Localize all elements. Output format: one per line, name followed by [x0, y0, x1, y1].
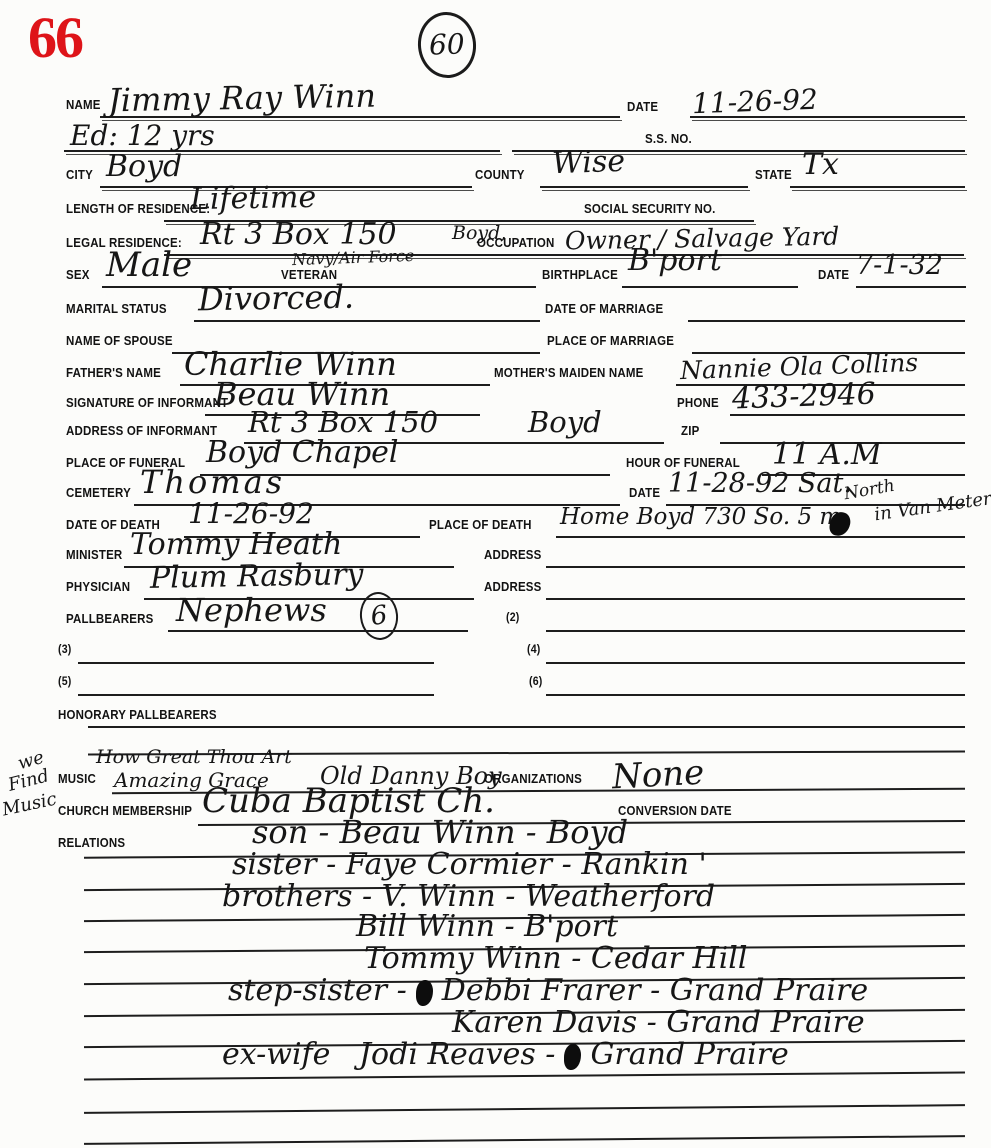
pallbearers-value: Nephews	[176, 594, 327, 626]
birthplace-label: BIRTHPLACE	[542, 268, 618, 282]
sex-value: Male	[106, 248, 192, 282]
address-of-informant-value: Rt 3 Box 150	[248, 408, 438, 437]
burial-date-value: 11-28-92 Sat.	[668, 470, 852, 497]
name-label: NAME	[66, 98, 101, 112]
ink-scribble	[564, 1044, 581, 1070]
relation-line: son - Beau Winn - Boyd	[252, 816, 628, 848]
marital-status-value: Divorced.	[198, 281, 355, 316]
relation-line: step-sister - Debbi Frarer - Grand Prair…	[228, 976, 868, 1006]
birthplace-value: B'port	[628, 246, 722, 276]
margin-note-line-3: Music	[1, 790, 59, 819]
rule-line	[194, 320, 540, 322]
address-of-informant-label: ADDRESS OF INFORMANT	[66, 424, 217, 438]
county-label: COUNTY	[475, 168, 525, 182]
pallbearers-label: PALLBEARERS	[66, 612, 153, 626]
rule-line	[88, 726, 965, 728]
rule-line	[546, 630, 965, 632]
rule-line	[546, 662, 965, 664]
pallbearer-slot-2-label: (2)	[506, 612, 519, 624]
place-of-death-label: PLACE OF DEATH	[429, 518, 532, 532]
date-value: 11-26-92	[692, 86, 819, 118]
cemetery-label: CEMETERY	[66, 486, 131, 500]
hour-of-funeral-value: 11 A.M	[772, 440, 882, 470]
rule-line	[790, 186, 965, 188]
length-of-residence-value: Lifetime	[190, 183, 317, 215]
name-value: Jimmy Ray Winn	[108, 80, 376, 117]
mothers-maiden-name-label: MOTHER'S MAIDEN NAME	[494, 366, 644, 380]
city-label: CITY	[66, 168, 93, 182]
conversion-date-label: CONVERSION DATE	[618, 804, 732, 818]
pallbearer-slot-4-label: (4)	[527, 644, 540, 656]
pallbearer-slot-3-label: (3)	[58, 644, 71, 656]
social-security-no-label: SOCIAL SECURITY NO.	[584, 202, 716, 216]
cemetery-value: Thomas	[140, 466, 285, 498]
education-note: Ed: 12 yrs	[70, 122, 215, 150]
rule-line	[856, 286, 966, 288]
relation-line: Karen Davis - Grand Praire	[452, 1008, 865, 1038]
relation-line-prefix: ex-wife Jodi Reaves -	[222, 1040, 555, 1070]
date-of-marriage-label: DATE OF MARRIAGE	[545, 302, 663, 316]
rule-line	[164, 254, 964, 256]
fathers-name-label: FATHER'S NAME	[66, 366, 161, 380]
sex-label: SEX	[66, 268, 90, 282]
marital-status-label: MARITAL STATUS	[66, 302, 167, 316]
rule-line	[546, 694, 965, 696]
birth-date-label: DATE	[818, 268, 849, 282]
rule-line	[84, 1072, 965, 1081]
rule-line	[688, 320, 965, 322]
address-of-informant-city: Boyd	[528, 408, 602, 437]
physician-label: PHYSICIAN	[66, 580, 130, 594]
place-of-death-value: Home Boyd 730 So. 5 m.	[560, 506, 849, 529]
honorary-pallbearers-label: HONORARY PALLBEARERS	[58, 708, 217, 722]
organizations-value: None	[611, 756, 705, 795]
state-value: Tx	[802, 150, 839, 180]
rule-line	[78, 662, 434, 664]
relation-line: sister - Faye Cormier - Rankin '	[232, 850, 707, 880]
rule-line	[622, 286, 798, 288]
rule-line	[168, 630, 468, 632]
rule-line	[540, 186, 748, 188]
name-of-spouse-label: NAME OF SPOUSE	[66, 334, 173, 348]
church-membership-label: CHURCH MEMBERSHIP	[58, 804, 192, 818]
relation-line: Bill Winn - B'port	[356, 912, 618, 942]
pallbearer-slot-5-label: (5)	[58, 676, 71, 688]
circled-page-number: 60	[415, 9, 480, 81]
funeral-record-sheet: 66 60 NAME Jimmy Ray Winn DATE 11-26-92 …	[0, 0, 991, 1148]
veteran-value: Navy/Air Force	[292, 248, 415, 268]
relation-line-prefix: step-sister -	[228, 976, 407, 1006]
birth-date-value: 7-1-32	[856, 252, 943, 279]
minister-label: MINISTER	[66, 548, 122, 562]
relations-label: RELATIONS	[58, 836, 125, 850]
signature-of-informant-label: SIGNATURE OF INFORMANT	[66, 396, 228, 410]
rule-line	[556, 536, 965, 538]
relation-line-rest: Debbi Frarer - Grand Praire	[442, 976, 868, 1006]
minister-address-label: ADDRESS	[484, 548, 542, 562]
physician-value: Plum Rasbury	[150, 560, 364, 594]
occupation-label: OCCUPATION	[477, 236, 554, 250]
rule-line	[84, 1135, 965, 1145]
pallbearers-count-value: 6	[369, 602, 388, 630]
organizations-label: ORGANIZATIONS	[484, 772, 582, 786]
relation-line: ex-wife Jodi Reaves - Grand Praire	[222, 1040, 789, 1070]
rule-line	[84, 1104, 965, 1114]
music-note-above: How Great Thou Art	[96, 748, 292, 767]
state-label: STATE	[755, 168, 792, 182]
ink-scribble	[416, 980, 433, 1006]
legal-residence-value: Rt 3 Box 150	[200, 220, 397, 250]
minister-value: Tommy Heath	[130, 530, 342, 560]
phone-label: PHONE	[677, 396, 719, 410]
burial-date-label: DATE	[629, 486, 660, 500]
date-of-death-value: 11-26-92	[188, 500, 314, 528]
circled-page-number-value: 60	[429, 30, 466, 59]
rule-line	[546, 598, 965, 600]
zip-label: ZIP	[681, 424, 699, 438]
sheet-number: 66	[28, 4, 82, 71]
phone-value: 433-2946	[732, 380, 877, 415]
ss-no-label: S.S. NO.	[645, 132, 692, 146]
music-label: MUSIC	[58, 772, 96, 786]
rule-line	[78, 694, 434, 696]
place-of-marriage-label: PLACE OF MARRIAGE	[547, 334, 674, 348]
relation-line: brothers - V. Winn - Weatherford	[222, 882, 715, 912]
length-of-residence-label: LENGTH OF RESIDENCE:	[66, 202, 210, 216]
date-label: DATE	[627, 100, 658, 114]
rule-line	[546, 566, 965, 568]
relation-line-rest: Grand Praire	[590, 1040, 788, 1070]
city-value: Boyd	[106, 152, 182, 182]
county-value: Wise	[551, 147, 625, 180]
pallbearer-slot-6-label: (6)	[529, 676, 542, 688]
relation-line: Tommy Winn - Cedar Hill	[364, 944, 748, 974]
physician-address-label: ADDRESS	[484, 580, 542, 594]
